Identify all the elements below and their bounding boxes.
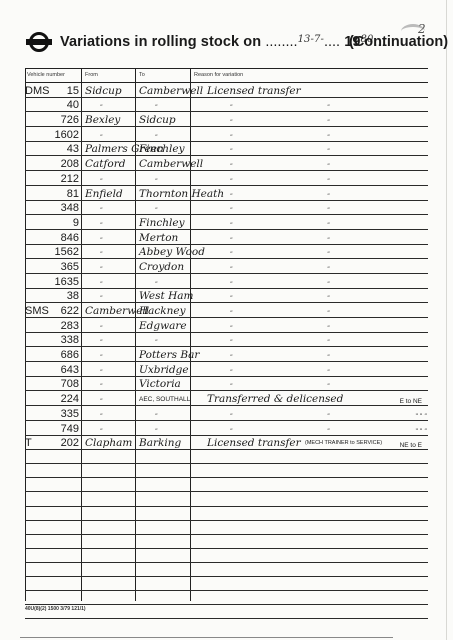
reason-for-variation: " " bbox=[230, 223, 329, 229]
table-row: 81EnfieldThornton Heath" " bbox=[25, 186, 428, 201]
from-garage: " bbox=[100, 429, 102, 435]
vehicle-number: 1562 bbox=[55, 246, 79, 258]
empty-table-row bbox=[25, 549, 428, 563]
vehicle-number: 81 bbox=[67, 188, 79, 200]
vehicle-number: 40 bbox=[67, 99, 79, 111]
reason-for-variation: " " bbox=[230, 296, 329, 302]
from-garage: " bbox=[100, 296, 102, 302]
from-garage: " bbox=[100, 326, 102, 332]
table-row: SMS622CamberwellHackney" " bbox=[25, 303, 428, 318]
from-garage: Bexley bbox=[85, 114, 120, 126]
reason-for-variation: " " bbox=[230, 105, 329, 111]
london-transport-roundel-icon bbox=[26, 34, 52, 50]
table-row: 708"Victoria" " bbox=[25, 377, 428, 392]
table-row: 1635""" " bbox=[25, 274, 428, 289]
empty-table-row bbox=[25, 521, 428, 535]
to-destination: " bbox=[155, 135, 157, 141]
form-header: Variations in rolling stock on ........1… bbox=[26, 30, 436, 54]
to-destination: " bbox=[155, 208, 157, 214]
reason-for-variation: " " bbox=[230, 252, 329, 258]
table-row: 9"Finchley" " bbox=[25, 215, 428, 230]
empty-table-row bbox=[25, 492, 428, 506]
column-header-vehicle-number: Vehicle number bbox=[27, 72, 65, 78]
to-destination: Edgware bbox=[139, 320, 187, 332]
reason-for-variation: Licensed transfer bbox=[207, 437, 301, 449]
table-row: 283"Edgware" " bbox=[25, 318, 428, 333]
vehicle-number: 338 bbox=[61, 334, 79, 346]
form-code: 40U(8)(2) 1500 3/79 121/1) bbox=[25, 606, 86, 612]
from-garage: " bbox=[100, 135, 102, 141]
to-destination: Sidcup bbox=[139, 114, 176, 126]
continuation-label: (Continuation) bbox=[349, 34, 448, 50]
empty-table-row bbox=[25, 535, 428, 549]
from-garage: " bbox=[100, 414, 102, 420]
vehicle-number: 686 bbox=[61, 349, 79, 361]
reason-for-variation: " " bbox=[230, 340, 329, 346]
reason-for-variation: " " bbox=[230, 370, 329, 376]
vehicle-number: 708 bbox=[61, 378, 79, 390]
date-day-month: 13-7- bbox=[298, 34, 324, 45]
reason-for-variation: " " bbox=[230, 194, 329, 200]
empty-table-row bbox=[25, 450, 428, 464]
reason-for-variation: Licensed transfer bbox=[207, 85, 301, 97]
empty-table-row bbox=[25, 478, 428, 492]
to-destination: Potters Bar bbox=[139, 349, 199, 361]
status-code: E to NE bbox=[400, 398, 422, 405]
table-header: Vehicle number From To Reason for variat… bbox=[25, 68, 428, 83]
table-row: 686"Potters Bar" " bbox=[25, 347, 428, 362]
table-row: 348""" " bbox=[25, 201, 428, 216]
table-row: 643"Uxbridge" " bbox=[25, 362, 428, 377]
status-code: " " bbox=[416, 413, 422, 420]
vehicle-number: 749 bbox=[61, 423, 79, 435]
from-garage: " bbox=[100, 384, 102, 390]
table-row: 749""" " "" " bbox=[25, 421, 428, 436]
reason-for-variation: " " bbox=[230, 282, 329, 288]
to-destination: " bbox=[155, 340, 157, 346]
vehicle-class: DMS bbox=[25, 85, 49, 97]
from-garage: " bbox=[100, 370, 102, 376]
reason-for-variation: " " bbox=[230, 179, 329, 185]
vehicle-number: 643 bbox=[61, 364, 79, 376]
table-row: 1562"Abbey Wood" " bbox=[25, 245, 428, 260]
vehicle-class: T bbox=[25, 437, 32, 449]
page-edge bbox=[446, 0, 447, 640]
reason-for-variation: " " " bbox=[230, 429, 426, 435]
table-row: 38"West Ham" " bbox=[25, 289, 428, 304]
vehicle-class: SMS bbox=[25, 305, 49, 317]
table-row: 335""" " "" " bbox=[25, 406, 428, 421]
reason-for-variation: " " bbox=[230, 164, 329, 170]
vehicle-number: 224 bbox=[61, 393, 79, 405]
table-row: 43Palmers GreenFinchley" " bbox=[25, 142, 428, 157]
empty-table-row bbox=[25, 577, 428, 591]
vehicle-number: 348 bbox=[61, 202, 79, 214]
vehicle-number: 212 bbox=[61, 173, 79, 185]
reason-for-variation: " " bbox=[230, 311, 329, 317]
to-destination: Hackney bbox=[139, 305, 186, 317]
rolling-stock-table: Vehicle number From To Reason for variat… bbox=[25, 68, 428, 619]
table-row: DMS15SidcupCamberwellLicensed transfer bbox=[25, 83, 428, 98]
vehicle-number: 43 bbox=[67, 143, 79, 155]
table-row: 212""" " bbox=[25, 171, 428, 186]
reason-for-variation: " " " bbox=[230, 414, 426, 420]
table-row: 40""" " bbox=[25, 98, 428, 113]
vehicle-number: 208 bbox=[61, 158, 79, 170]
from-garage: Catford bbox=[85, 158, 125, 170]
from-garage: " bbox=[100, 238, 102, 244]
reason-for-variation: " " bbox=[230, 135, 329, 141]
from-garage: " bbox=[100, 267, 102, 273]
to-destination: " bbox=[155, 282, 157, 288]
to-destination: Camberwell bbox=[139, 85, 203, 97]
vehicle-number: 9 bbox=[73, 217, 79, 229]
vehicle-number: 365 bbox=[61, 261, 79, 273]
vehicle-number: 283 bbox=[61, 320, 79, 332]
from-garage: Clapham bbox=[85, 437, 132, 449]
from-garage: " bbox=[100, 179, 102, 185]
reason-for-variation: " " bbox=[230, 384, 329, 390]
table-row: 208CatfordCamberwell" " bbox=[25, 156, 428, 171]
to-destination: Croydon bbox=[139, 261, 184, 273]
from-garage: Sidcup bbox=[85, 85, 122, 97]
form-title: Variations in rolling stock on ........1… bbox=[60, 34, 386, 50]
from-garage: " bbox=[100, 340, 102, 346]
page-edge-bottom bbox=[20, 637, 393, 638]
to-destination: Finchley bbox=[139, 217, 185, 229]
to-destination: " bbox=[155, 429, 157, 435]
column-header-from: From bbox=[85, 72, 98, 78]
to-destination: Abbey Wood bbox=[139, 246, 205, 258]
to-destination: Merton bbox=[139, 232, 178, 244]
table-row: T202ClaphamBarkingLicensed transfer(MECH… bbox=[25, 436, 428, 451]
table-row: 365"Croydon" " bbox=[25, 259, 428, 274]
reason-for-variation: " " bbox=[230, 326, 329, 332]
to-destination: " bbox=[155, 105, 157, 111]
page-number: 2 bbox=[418, 22, 426, 36]
to-destination: Camberwell bbox=[139, 158, 203, 170]
column-header-to: To bbox=[139, 72, 145, 78]
vehicle-number: 335 bbox=[61, 408, 79, 420]
status-code: NE to E bbox=[400, 442, 422, 449]
reason-for-variation: Transferred & delicensed bbox=[207, 393, 343, 405]
reason-for-variation: " " bbox=[230, 120, 329, 126]
empty-table-row bbox=[25, 464, 428, 478]
table-row: 338""" " bbox=[25, 333, 428, 348]
to-destination: Uxbridge bbox=[139, 364, 189, 376]
from-garage: " bbox=[100, 105, 102, 111]
vehicle-number: 15 bbox=[67, 85, 79, 97]
vehicle-number: 38 bbox=[67, 290, 79, 302]
reason-for-variation: " " bbox=[230, 355, 329, 361]
from-garage: " bbox=[100, 355, 102, 361]
table-row: 1602""" " bbox=[25, 127, 428, 142]
to-destination: Finchley bbox=[139, 143, 185, 155]
vehicle-number: 622 bbox=[61, 305, 79, 317]
from-garage: " bbox=[100, 223, 102, 229]
empty-table-row bbox=[25, 591, 428, 605]
from-garage: " bbox=[100, 282, 102, 288]
to-destination: " bbox=[155, 179, 157, 185]
reason-for-variation: " " bbox=[230, 208, 329, 214]
column-header-reason: Reason for variation bbox=[194, 72, 243, 78]
title-text: Variations in rolling stock on bbox=[60, 34, 261, 50]
vehicle-number: 1602 bbox=[55, 129, 79, 141]
vehicle-number: 726 bbox=[61, 114, 79, 126]
to-destination: " bbox=[155, 414, 157, 420]
to-destination: Victoria bbox=[139, 378, 181, 390]
vehicle-number: 1635 bbox=[55, 276, 79, 288]
from-garage: " bbox=[100, 399, 102, 405]
reason-for-variation: " " bbox=[230, 238, 329, 244]
to-destination: AEC, SOUTHALL bbox=[139, 396, 190, 403]
vehicle-number: 846 bbox=[61, 232, 79, 244]
reason-note: (MECH TRAINER to SERVICE) bbox=[305, 440, 382, 446]
table-row: 224"AEC, SOUTHALLTransferred & delicense… bbox=[25, 391, 428, 406]
to-destination: Thornton Heath bbox=[139, 188, 224, 200]
table-row: 846"Merton" " bbox=[25, 230, 428, 245]
from-garage: " bbox=[100, 208, 102, 214]
reason-for-variation: " " bbox=[230, 267, 329, 273]
to-destination: Barking bbox=[139, 437, 181, 449]
table-row: 726BexleySidcup" " bbox=[25, 112, 428, 127]
to-destination: West Ham bbox=[139, 290, 193, 302]
reason-for-variation: " " bbox=[230, 149, 329, 155]
vehicle-number: 202 bbox=[61, 437, 79, 449]
status-code: " " bbox=[416, 428, 422, 435]
empty-table-row bbox=[25, 563, 428, 577]
from-garage: Enfield bbox=[85, 188, 123, 200]
empty-table-row bbox=[25, 507, 428, 521]
from-garage: " bbox=[100, 252, 102, 258]
